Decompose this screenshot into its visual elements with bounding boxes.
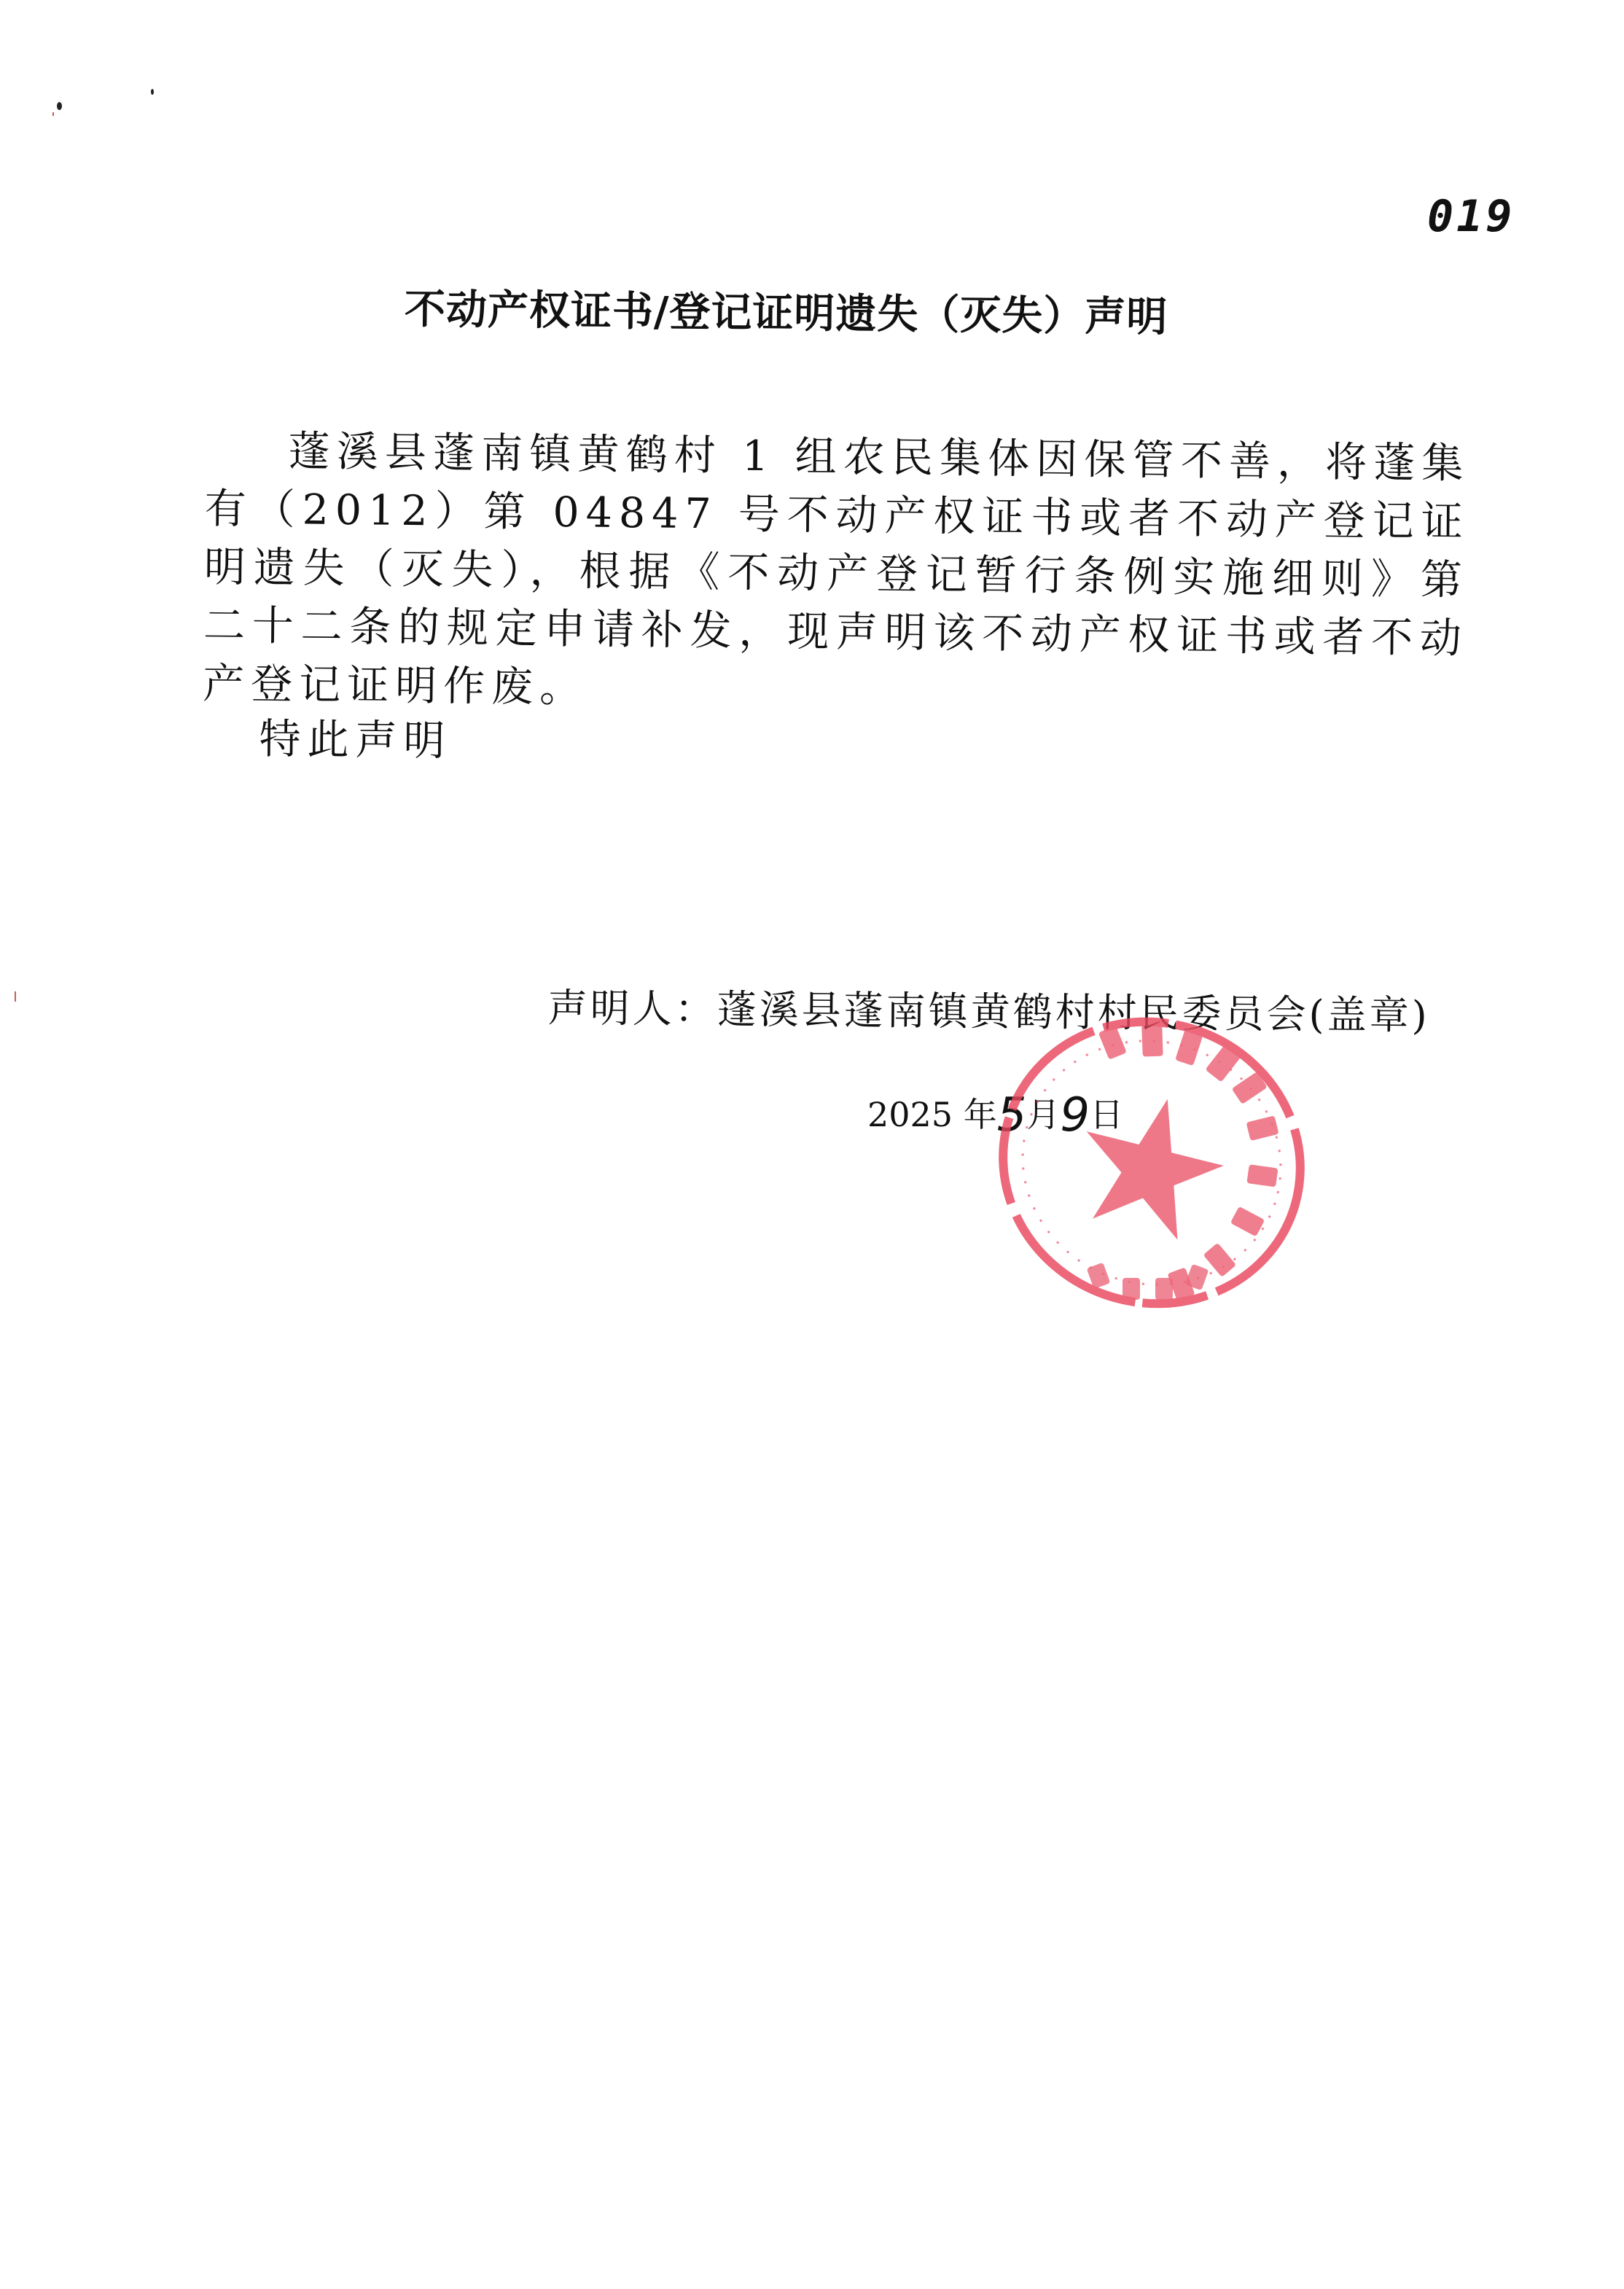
scan-speck bbox=[57, 102, 62, 110]
date-month-handwritten: 5 bbox=[997, 1088, 1027, 1142]
date-year-unit: 年 bbox=[964, 1095, 997, 1134]
closing-phrase: 特此声明 bbox=[259, 706, 452, 768]
scan-edge-mark bbox=[15, 991, 16, 1002]
date-day-handwritten: 9 bbox=[1060, 1088, 1090, 1142]
seal-horizontal-text-marks bbox=[1087, 1263, 1209, 1300]
date-year: 2025 bbox=[867, 1095, 953, 1134]
document-title: 不动产权证书/登记证明遗失（灭失）声明 bbox=[405, 277, 1353, 346]
date-month-unit: 月 bbox=[1026, 1095, 1060, 1134]
declarant-line: 声明人：蓬溪县蓬南镇黄鹤村村民委员会(盖章) bbox=[547, 977, 1430, 1041]
official-seal bbox=[980, 1002, 1323, 1323]
declaration-body: 蓬溪县蓬南镇黄鹤村 1 组农民集体因保管不善，将蓬集有（2012）第 04847… bbox=[203, 421, 1470, 726]
document-page: 019 不动产权证书/登记证明遗失（灭失）声明 蓬溪县蓬南镇黄鹤村 1 组农民集… bbox=[0, 0, 1624, 2289]
scan-speck bbox=[151, 89, 154, 95]
signature-date: 2025 年5月9日 bbox=[867, 1084, 1123, 1138]
page-number: 019 bbox=[1427, 191, 1515, 242]
date-day-unit: 日 bbox=[1090, 1095, 1123, 1134]
scan-edge-mark bbox=[52, 112, 54, 116]
declaration-paragraph: 蓬溪县蓬南镇黄鹤村 1 组农民集体因保管不善，将蓬集有（2012）第 04847… bbox=[203, 421, 1470, 726]
seal-text-marks bbox=[1027, 1005, 1313, 1319]
